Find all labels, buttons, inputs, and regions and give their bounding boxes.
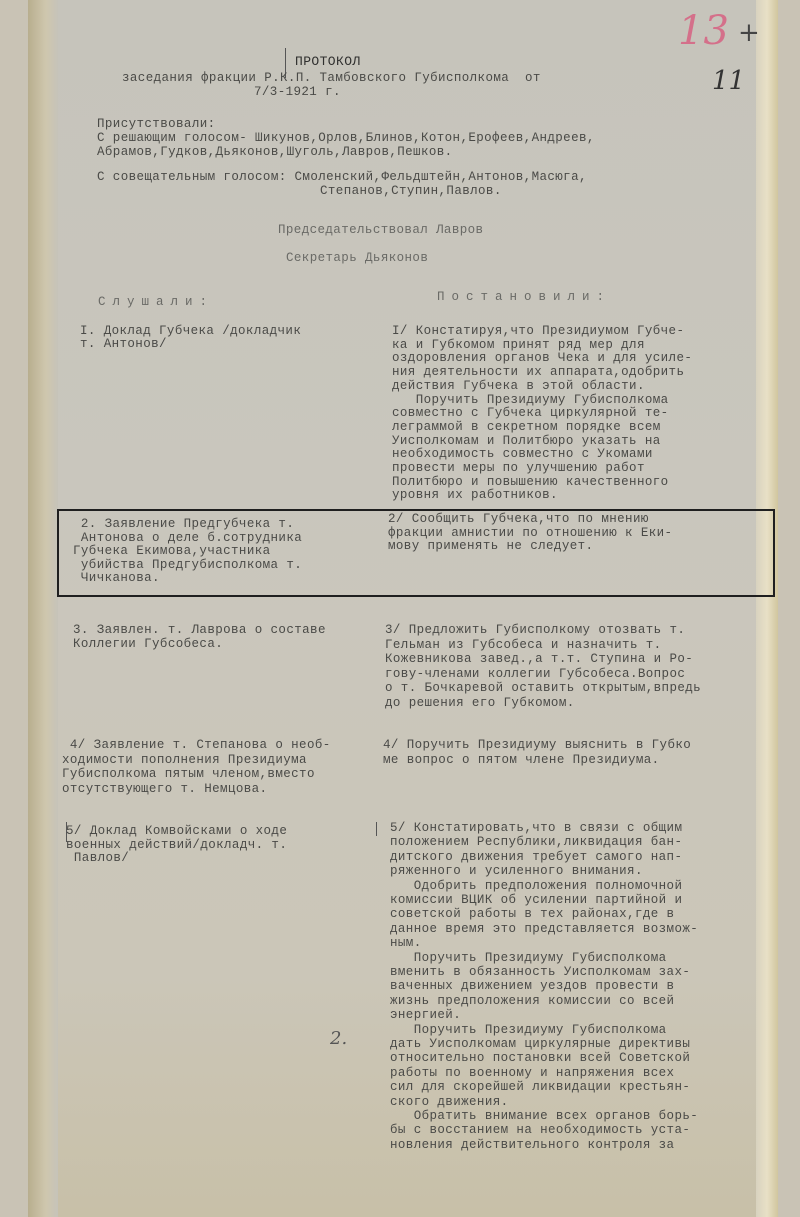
item-2-resolved-line: 2/ Сообщить Губчека,что по мнению bbox=[388, 513, 649, 526]
item-3-resolved-line: о т. Бочкаревой оставить открытым,впредь bbox=[385, 682, 701, 695]
pencil-plus-mark: + bbox=[738, 18, 760, 48]
item-1-resolved-line: провести меры по улучшению работ bbox=[392, 462, 645, 475]
item-1-resolved-line: I/ Констатируя,что Президиумом Губче- bbox=[392, 325, 684, 338]
item-4-resolved-line: 4/ Поручить Президиуму выяснить в Губко bbox=[383, 739, 691, 752]
item-3-heard-line: Коллегии Губсобеса. bbox=[73, 638, 223, 651]
archive-page-number-red: 13 bbox=[678, 8, 729, 54]
item-3-resolved-line: гову-членами коллегии Губсобеса.Вопрос bbox=[385, 668, 685, 681]
item-3-resolved-line: Кожевникова завед.,а т.т. Ступина и Ро- bbox=[385, 653, 693, 666]
item-1-resolved-line: Уисполкомам и Политбюро указать на bbox=[392, 435, 661, 448]
item-5-resolved-line: положением Республики,ликвидация бан- bbox=[390, 836, 682, 849]
item-5-resolved-line: Одобрить предположения полномочной bbox=[390, 880, 682, 893]
secretary-line: Секретарь Дьяконов bbox=[286, 252, 428, 265]
attendance-decisive-line2: Абрамов,Гудков,Дьяконов,Шуголь,Лавров,Пе… bbox=[97, 146, 453, 159]
attendance-decisive-line1: С решающим голосом- Шикунов,Орлов,Блинов… bbox=[97, 132, 595, 145]
pencil-page-mark: 2. bbox=[330, 1028, 347, 1049]
item-4-resolved-line: ме вопрос о пятом члене Президиума. bbox=[383, 754, 660, 767]
item-2-heard-line: убийства Предгубисполкома т. bbox=[73, 559, 302, 572]
item-5-heard-line: Павлов/ bbox=[66, 852, 129, 865]
item-5-resolved-line: относительно постановки всей Советской bbox=[390, 1052, 690, 1065]
item-5-resolved-line: новления действительного контроля за bbox=[390, 1139, 674, 1152]
item-5-heard-line: 5/ Доклад Комвойсками о ходе bbox=[66, 825, 287, 838]
item-1-resolved-line: леграммой в секретном порядке всем bbox=[392, 421, 661, 434]
document-date: 7/3-1921 г. bbox=[254, 86, 341, 99]
item-5-resolved-line: энергией. bbox=[390, 1009, 461, 1022]
item-5-resolved-line: ского движения. bbox=[390, 1096, 509, 1109]
page-binding-edge bbox=[28, 0, 58, 1217]
attendance-advisory-line1: С совещательным голосом: Смоленский,Фель… bbox=[97, 171, 587, 184]
item-3-resolved-line: 3/ Предложить Губисполкому отозвать т. bbox=[385, 624, 685, 637]
item-3-resolved-line: до решения его Губкомом. bbox=[385, 697, 575, 710]
item-5-resolved-line: ваченных движением уездов провести в bbox=[390, 980, 674, 993]
item-5-resolved-line: 5/ Констатировать,что в связи с общим bbox=[390, 822, 682, 835]
item-2-resolved-line: мову применять не следует. bbox=[388, 540, 593, 553]
item-3-resolved-line: Гельман из Губсобеса и назначить т. bbox=[385, 639, 662, 652]
item-1-resolved-line: уровня их работников. bbox=[392, 489, 558, 502]
attendance-advisory-line2: Степанов,Ступин,Павлов. bbox=[320, 185, 502, 198]
item-1-resolved-line: совместно с Губчека циркулярной те- bbox=[392, 407, 669, 420]
item-5-resolved-line: ным. bbox=[390, 937, 422, 950]
item-1-resolved-line: ка и Губкомом принят ряд мер для bbox=[392, 339, 645, 352]
item-5-resolved-line: сил для скорейшей ликвидации крестьян- bbox=[390, 1081, 690, 1094]
item-1-resolved-line: Политбюро и повышению качественного bbox=[392, 476, 669, 489]
chairman-line: Председательствовал Лавров bbox=[278, 224, 483, 237]
attendance-heading: Присутствовали: bbox=[97, 118, 216, 131]
document-subtitle-line1: заседания фракции Р.К.П. Тамбовского Губ… bbox=[122, 72, 541, 85]
item-1-resolved-line: необходимость совместно с Укомами bbox=[392, 448, 653, 461]
item-5-resolved-line: жизнь предположения комиссии со всей bbox=[390, 995, 674, 1008]
page-right-edge bbox=[756, 0, 778, 1217]
item-3-heard-line: 3. Заявлен. т. Лаврова о составе bbox=[73, 624, 326, 637]
item-5-resolved-line: комиссии ВЦИК об усилении партийной и bbox=[390, 894, 682, 907]
item-4-heard-line: ходимости пополнения Президиума bbox=[62, 754, 307, 767]
item-5-resolved-line: вменить в обязанность Уисполкомам зах- bbox=[390, 966, 690, 979]
item-2-heard-line: Губчека Екимова,участника bbox=[73, 545, 271, 558]
item-5-resolved-line: Обратить внимание всех органов борь- bbox=[390, 1110, 698, 1123]
item-4-heard-line: 4/ Заявление т. Степанова о необ- bbox=[62, 739, 331, 752]
item-5-resolved-line: бы с восстанием на необходимость уста- bbox=[390, 1124, 690, 1137]
item-4-heard-line: отсутствующего т. Немцова. bbox=[62, 783, 267, 796]
item-1-heard-line: т. Антонов/ bbox=[80, 338, 167, 351]
item-5-resolved-line: данное время это представляется возмож- bbox=[390, 923, 698, 936]
pencil-mark bbox=[376, 822, 377, 836]
document-title: ПРОТОКОЛ bbox=[295, 55, 361, 68]
item-1-resolved-line: ния деятельности их аппарата,одобрить bbox=[392, 366, 684, 379]
item-5-resolved-line: Поручить Президиуму Губисполкома bbox=[390, 1024, 667, 1037]
item-5-resolved-line: советской работы в тех районах,где в bbox=[390, 908, 674, 921]
item-2-heard-line: Антонова о деле б.сотрудника bbox=[73, 532, 302, 545]
item-2-resolved-line: фракции амнистии по отношению к Еки- bbox=[388, 527, 672, 540]
item-5-resolved-line: Поручить Президиуму Губисполкома bbox=[390, 952, 667, 965]
column-heading-resolved: Постановили: bbox=[437, 291, 611, 304]
item-5-resolved-line: дать Уисполкомам циркулярные директивы bbox=[390, 1038, 690, 1051]
item-2-heard-line: Чичканова. bbox=[73, 572, 160, 585]
item-1-resolved-line: действия Губчека в этой области. bbox=[392, 380, 645, 393]
item-5-resolved-line: работы по военному и напряжения всех bbox=[390, 1067, 674, 1080]
item-5-heard-line: военных действий/докладч. т. bbox=[66, 839, 287, 852]
item-1-resolved-line: Поручить Президиуму Губисполкома bbox=[392, 394, 669, 407]
item-4-heard-line: Губисполкома пятым членом,вместо bbox=[62, 768, 315, 781]
pencil-page-number: 11 bbox=[712, 66, 745, 96]
item-2-heard-line: 2. Заявление Предгубчека т. bbox=[73, 518, 294, 531]
item-1-resolved-line: оздоровления органов Чека и для усиле- bbox=[392, 352, 692, 365]
item-5-resolved-line: ряженного и усиленного внимания. bbox=[390, 865, 643, 878]
item-5-resolved-line: дитского движения требует самого нап- bbox=[390, 851, 682, 864]
column-heading-heard: Слушали: bbox=[98, 296, 214, 309]
